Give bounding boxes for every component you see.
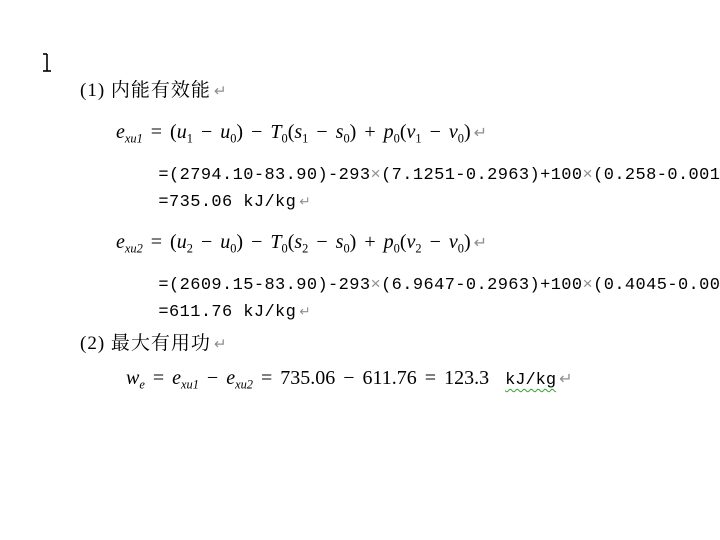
paragraph-mark-icon: ↵ <box>474 233 487 252</box>
equation-max-useful-work: we = exu1 − exu2 = 735.06 − 611.76 = 123… <box>94 344 573 415</box>
paragraph-mark-icon: ↵ <box>474 123 487 142</box>
equation-exu1-tokens: exu1 = (u1 − u0) − T0(s1 − s0) + p0(v1 −… <box>116 121 471 143</box>
equation-max-useful-work-tokens: we = exu1 − exu2 = 735.06 − 611.76 = 123… <box>126 367 556 389</box>
document-page[interactable]: (1) 内能有效能↵ exu1 = (u1 − u0) − T0(s1 − s0… <box>0 0 720 540</box>
equation-exu2-tokens: exu2 = (u2 − u0) − T0(s2 − s0) + p0(v2 −… <box>116 231 471 253</box>
paragraph-mark-icon: ↵ <box>559 369 572 388</box>
text-cursor-ibeam <box>41 51 53 75</box>
paragraph-mark-icon: ↵ <box>299 304 310 320</box>
